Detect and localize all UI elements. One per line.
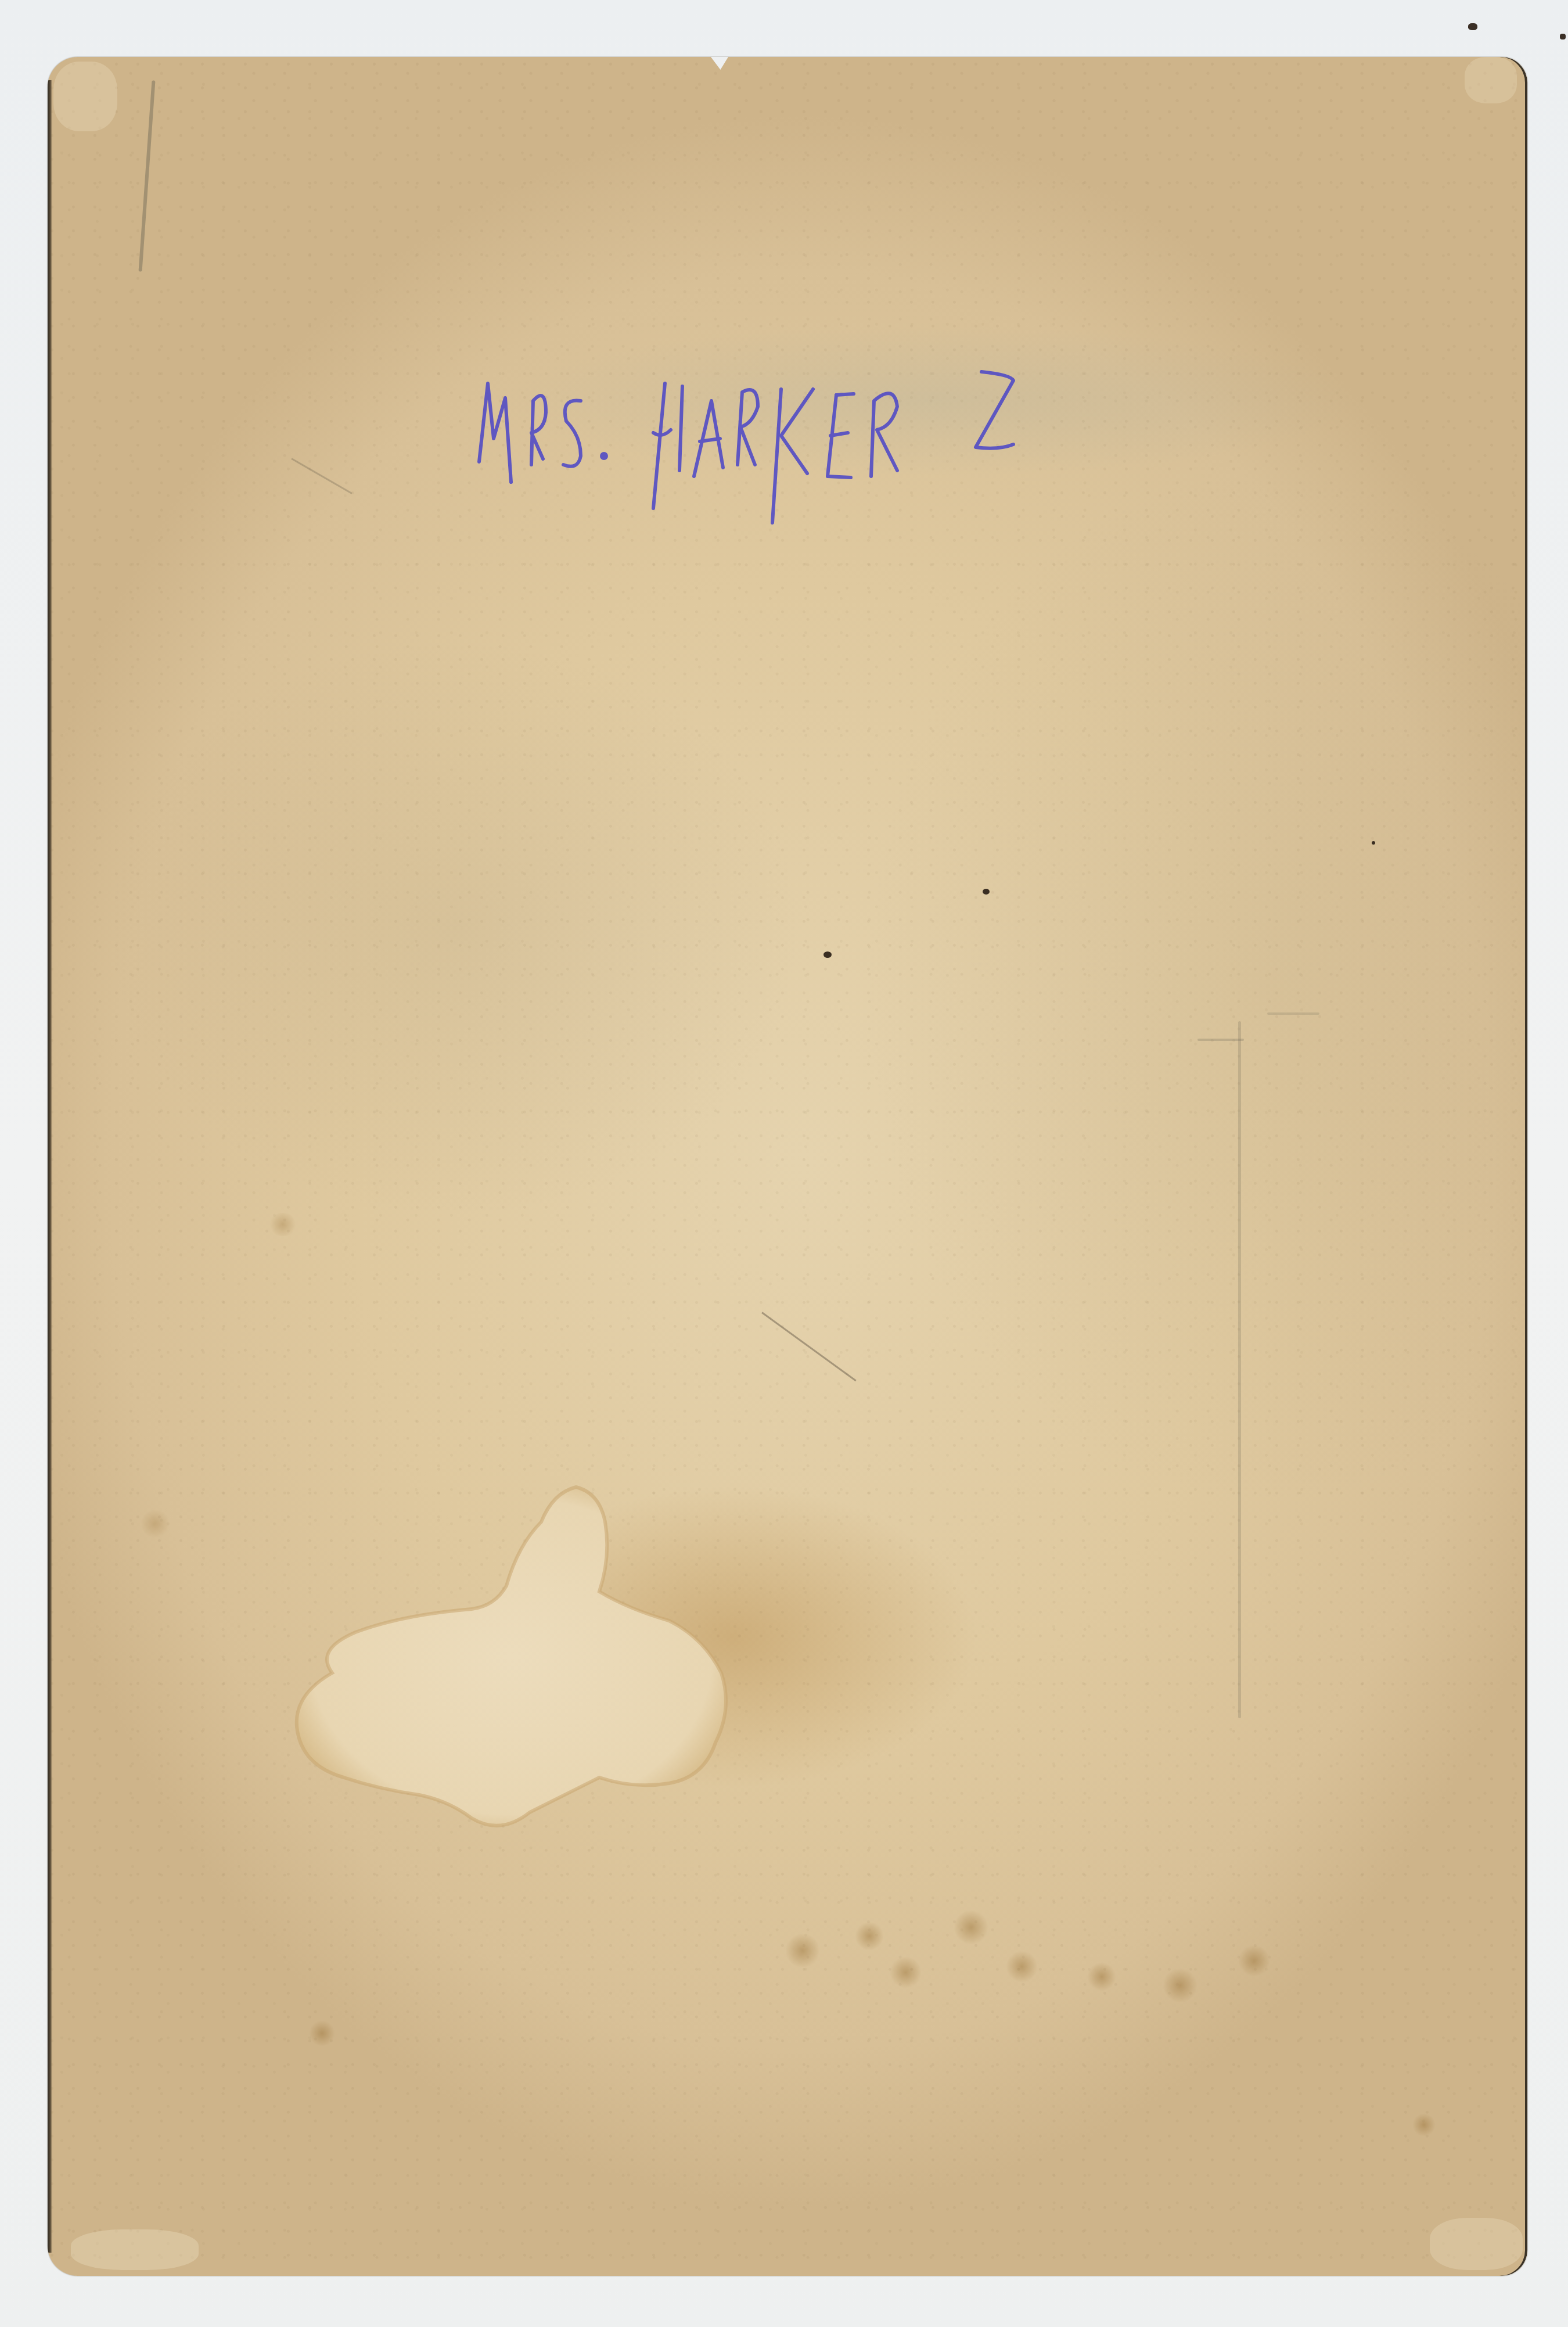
corner-wear-bottom-left [71, 2229, 199, 2270]
card-left-edge [48, 80, 52, 2253]
water-stain [228, 1441, 750, 1894]
foxing-spot [890, 1956, 922, 1988]
dark-speck [983, 889, 990, 895]
foxing-spot [1163, 1968, 1197, 2003]
foxing-spot [309, 2020, 335, 2046]
water-stain-shape [228, 1441, 750, 1894]
corner-wear-bottom-right [1430, 2218, 1523, 2270]
foxing-spot [141, 1509, 170, 1538]
corner-wear-top-right [1465, 57, 1517, 103]
foxing-spot [785, 1933, 820, 1968]
handwritten-note-text: MRS. HARKER 2 [465, 343, 465, 343]
handwriting-strokes [465, 343, 1371, 476]
foxing-spot [268, 1213, 297, 1236]
dust-speck [1468, 23, 1477, 30]
foxing-spot [1238, 1945, 1270, 1977]
foxing-spot [1412, 2113, 1436, 2136]
handwritten-note: MRS. HARKER 2 [465, 343, 1371, 476]
pencil-mark-right-cross-2 [1267, 1012, 1319, 1015]
dark-speck [823, 951, 832, 958]
dust-speck [1560, 34, 1566, 39]
pencil-mark-right-cross [1197, 1039, 1244, 1041]
dark-speck [1372, 841, 1375, 845]
foxing-spot [855, 1922, 884, 1951]
pencil-mark-right-vertical [1238, 1021, 1241, 1718]
foxing-spot [954, 1910, 988, 1945]
cabinet-card-back: MRS. HARKER 2 [48, 57, 1527, 2276]
foxing-spot [1006, 1951, 1038, 1983]
foxing-spot [1087, 1962, 1116, 1991]
corner-wear-top-left [53, 62, 117, 131]
